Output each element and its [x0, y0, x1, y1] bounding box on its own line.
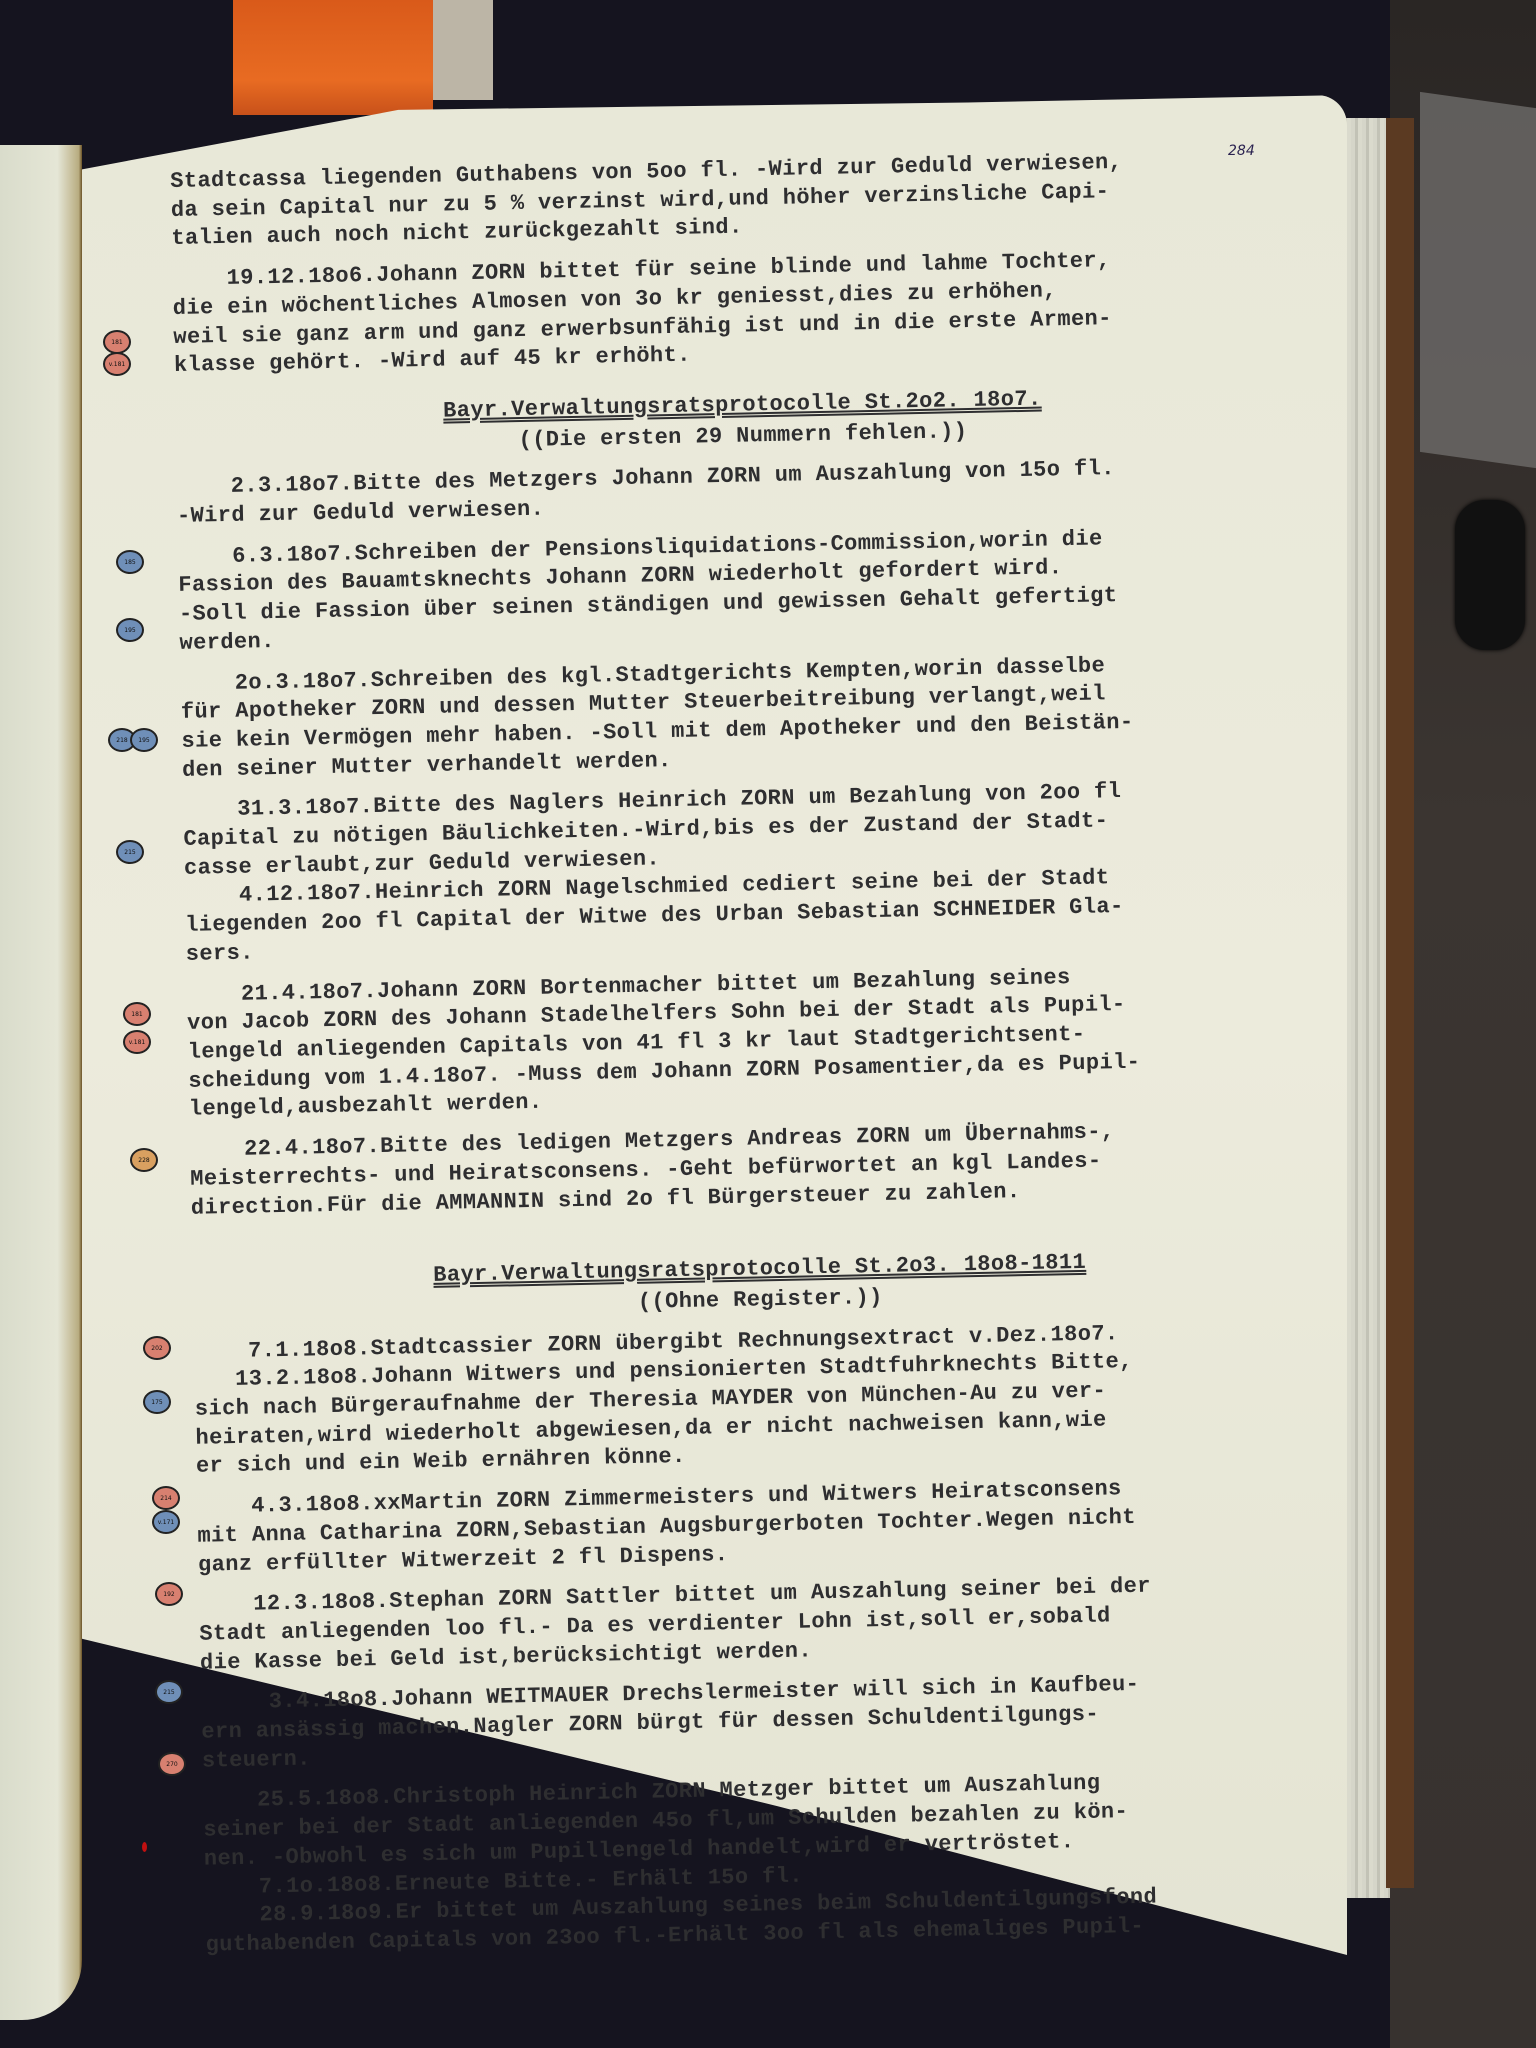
margin-stamp: 195: [116, 618, 144, 642]
margin-stamp: 181: [123, 1002, 151, 1026]
margin-stamp: 214: [152, 1486, 180, 1510]
entry: 13.2.18o8.Johann Witwers und pensioniert…: [194, 1344, 1331, 1482]
page-edges: [1340, 118, 1390, 1898]
entry: 31.3.18o7.Bitte des Naglers Heinrich ZOR…: [183, 774, 1321, 969]
entry: 25.5.18o8.Christoph Heinrich ZORN Metzge…: [203, 1765, 1341, 1960]
margin-stamp: 192: [155, 1582, 183, 1606]
margin-stamp: 228: [130, 1148, 158, 1172]
book-cover-edge: [1386, 118, 1414, 1888]
entry: 6.3.18o7.Schreiben der Pensionsliquidati…: [178, 521, 1315, 659]
background-object: [1420, 92, 1536, 468]
margin-stamp: 202: [143, 1336, 171, 1360]
document-body: Stadtcassa liegenden Guthabens von 5oo f…: [170, 145, 1341, 1960]
left-page-edge: [0, 145, 82, 2020]
background-knob: [1455, 500, 1525, 650]
margin-stamp: 215: [155, 1680, 183, 1704]
paragraph: 19.12.18o6.Johann ZORN bittet für seine …: [172, 243, 1309, 381]
margin-stamp: 185: [116, 550, 144, 574]
margin-stamp: v.181: [123, 1030, 151, 1054]
entry: 21.4.18o7.Johann ZORN Bortenmacher bitte…: [186, 959, 1324, 1125]
orange-bookmark: [233, 0, 433, 115]
margin-stamp: 195: [130, 728, 158, 752]
red-dot-marker: [142, 1842, 147, 1852]
margin-stamp: v.171: [152, 1510, 180, 1534]
entry: 2o.3.18o7.Schreiben des kgl.Stadtgericht…: [180, 648, 1317, 786]
margin-stamp: v.181: [103, 352, 131, 376]
margin-stamp: 175: [143, 1390, 171, 1414]
cream-bookmark: [433, 0, 493, 100]
margin-stamp: 181: [103, 330, 131, 354]
margin-stamp: 215: [116, 840, 144, 864]
margin-stamp: 270: [158, 1752, 186, 1776]
